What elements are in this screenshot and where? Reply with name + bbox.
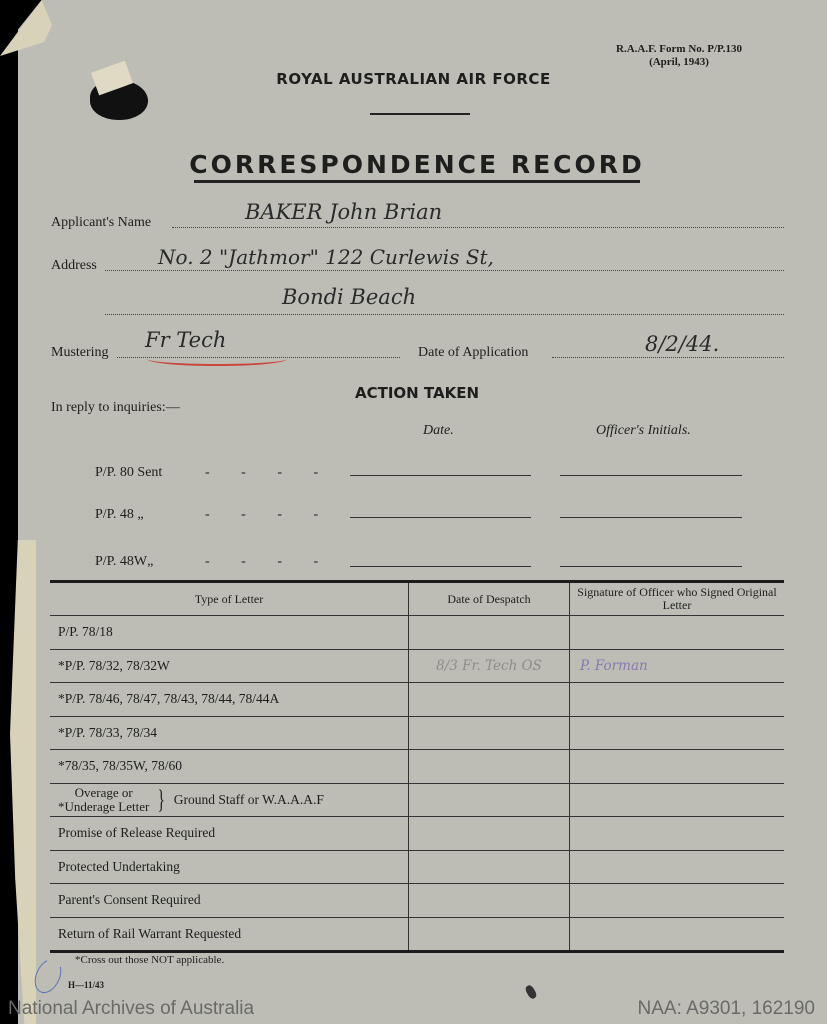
signature-cell[interactable] bbox=[570, 783, 785, 817]
table-header-row: Type of Letter Date of Despatch Signatur… bbox=[50, 582, 784, 616]
address-label: Address bbox=[51, 258, 97, 274]
footnote: *Cross out those NOT applicable. bbox=[75, 954, 224, 966]
applicant-name-value[interactable]: BAKER John Brian bbox=[245, 200, 442, 224]
page-title: CORRESPONDENCE RECORD bbox=[0, 150, 827, 179]
signature-cell[interactable] bbox=[570, 750, 785, 784]
table-row: *P/P. 78/33, 78/34 bbox=[50, 716, 784, 750]
date-of-application-value[interactable]: 8/2/44. bbox=[645, 332, 719, 356]
table-row: Parent's Consent Required bbox=[50, 884, 784, 918]
applicant-name-line bbox=[172, 227, 784, 228]
table-row: P/P. 78/18 bbox=[50, 616, 784, 650]
title-underline bbox=[194, 180, 640, 183]
table-row: Protected Undertaking bbox=[50, 850, 784, 884]
mustering-value[interactable]: Fr Tech bbox=[145, 328, 226, 352]
pp48w-date-field[interactable] bbox=[350, 566, 531, 567]
pp48w-initials-field[interactable] bbox=[560, 566, 742, 567]
address-line-2 bbox=[105, 314, 784, 315]
pp48-dashes: - - - - bbox=[205, 507, 332, 523]
date-of-application-line bbox=[552, 357, 784, 358]
pp80-date-field[interactable] bbox=[350, 475, 531, 476]
letters-table: Type of Letter Date of Despatch Signatur… bbox=[50, 580, 784, 953]
despatch-cell[interactable] bbox=[409, 783, 570, 817]
letter-type: *P/P. 78/46, 78/47, 78/43, 78/44, 78/44A bbox=[50, 683, 409, 717]
despatch-cell[interactable] bbox=[409, 750, 570, 784]
address-value-line2[interactable]: Bondi Beach bbox=[282, 285, 416, 309]
letter-type: Return of Rail Warrant Requested bbox=[50, 917, 409, 952]
table-row: *78/35, 78/35W, 78/60 bbox=[50, 750, 784, 784]
table-row: *P/P. 78/32, 78/32W 8/3 Fr. Tech OS P. F… bbox=[50, 649, 784, 683]
overage-line1: Overage or bbox=[58, 786, 149, 800]
letter-type: Promise of Release Required bbox=[50, 817, 409, 851]
address-value-line1[interactable]: No. 2 "Jathmor" 122 Curlewis St, bbox=[158, 245, 494, 269]
despatch-cell[interactable] bbox=[409, 817, 570, 851]
despatch-cell[interactable] bbox=[409, 917, 570, 952]
letter-type: P/P. 78/18 bbox=[50, 616, 409, 650]
archive-reference: NAA: A9301, 162190 bbox=[638, 998, 815, 1020]
pp80-label: P/P. 80 Sent bbox=[95, 465, 162, 481]
pp48-date-field[interactable] bbox=[350, 517, 531, 518]
address-line-1 bbox=[105, 270, 784, 271]
header-date-of-despatch: Date of Despatch bbox=[409, 582, 570, 616]
print-code: H—11/43 bbox=[68, 980, 104, 990]
despatch-cell[interactable] bbox=[409, 716, 570, 750]
despatch-cell[interactable] bbox=[409, 616, 570, 650]
signature-cell[interactable] bbox=[570, 817, 785, 851]
table-row: Return of Rail Warrant Requested bbox=[50, 917, 784, 952]
letter-type: *P/P. 78/32, 78/32W bbox=[50, 649, 409, 683]
pp48w-label: P/P. 48W„ bbox=[95, 554, 153, 570]
pp48-initials-field[interactable] bbox=[560, 517, 742, 518]
applicant-name-label: Applicant's Name bbox=[51, 215, 151, 231]
despatch-cell[interactable]: 8/3 Fr. Tech OS bbox=[409, 649, 570, 683]
signature-cell[interactable]: P. Forman bbox=[570, 649, 785, 683]
red-underline bbox=[147, 352, 287, 366]
signature-cell[interactable] bbox=[570, 917, 785, 952]
despatch-cell[interactable] bbox=[409, 884, 570, 918]
letter-type-overage: Overage or *Underage Letter } Ground Sta… bbox=[50, 783, 409, 817]
brace-icon: } bbox=[158, 785, 165, 815]
date-of-application-label: Date of Application bbox=[418, 345, 528, 361]
officers-initials-column-label: Officer's Initials. bbox=[596, 423, 691, 439]
organization-heading: ROYAL AUSTRALIAN AIR FORCE bbox=[0, 70, 827, 88]
despatch-cell[interactable] bbox=[409, 850, 570, 884]
form-number-text: R.A.A.F. Form No. P/P.130 bbox=[616, 43, 742, 56]
overage-suffix: Ground Staff or W.A.A.A.F bbox=[174, 792, 324, 808]
inquiries-label: In reply to inquiries:— bbox=[51, 400, 180, 416]
letter-type: Protected Undertaking bbox=[50, 850, 409, 884]
form-number: R.A.A.F. Form No. P/P.130 (April, 1943) bbox=[616, 43, 742, 69]
date-column-label: Date. bbox=[423, 423, 454, 439]
signature-cell[interactable] bbox=[570, 884, 785, 918]
pp80-initials-field[interactable] bbox=[560, 475, 742, 476]
divider bbox=[370, 113, 470, 115]
header-signature: Signature of Officer who Signed Original… bbox=[570, 582, 785, 616]
pp48-label: P/P. 48 „ bbox=[95, 507, 144, 523]
pp48w-dashes: - - - - bbox=[205, 554, 332, 570]
letter-type: *P/P. 78/33, 78/34 bbox=[50, 716, 409, 750]
pp80-dashes: - - - - bbox=[205, 465, 332, 481]
signature-cell[interactable] bbox=[570, 716, 785, 750]
letter-type: *78/35, 78/35W, 78/60 bbox=[50, 750, 409, 784]
form-date-text: (April, 1943) bbox=[616, 56, 742, 69]
signature-cell[interactable] bbox=[570, 683, 785, 717]
table-row: Promise of Release Required bbox=[50, 817, 784, 851]
table-row: *P/P. 78/46, 78/47, 78/43, 78/44, 78/44A bbox=[50, 683, 784, 717]
header-type-of-letter: Type of Letter bbox=[50, 582, 409, 616]
despatch-cell[interactable] bbox=[409, 683, 570, 717]
table-row: Overage or *Underage Letter } Ground Sta… bbox=[50, 783, 784, 817]
overage-line2: *Underage Letter bbox=[58, 800, 149, 814]
archive-watermark: National Archives of Australia bbox=[8, 998, 254, 1020]
letter-type: Parent's Consent Required bbox=[50, 884, 409, 918]
mustering-label: Mustering bbox=[51, 345, 109, 361]
signature-cell[interactable] bbox=[570, 616, 785, 650]
signature-cell[interactable] bbox=[570, 850, 785, 884]
